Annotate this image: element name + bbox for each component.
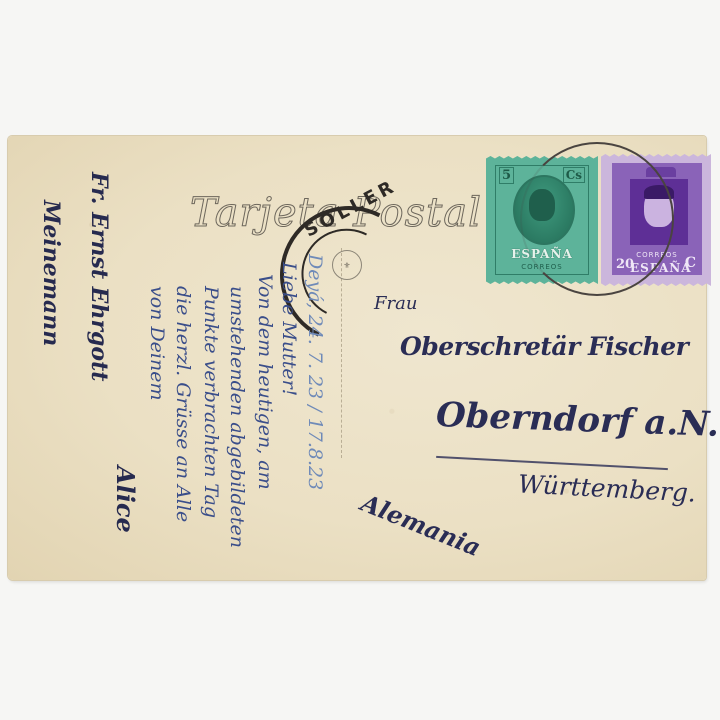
address-region: Württemberg.: [517, 469, 696, 507]
address-underline: [436, 456, 668, 470]
message-line: Punkte verbrachten Tag: [200, 286, 222, 518]
address-town: Oberndorf a.N.: [435, 395, 719, 445]
stamp-value: 5: [499, 167, 514, 184]
message-line: die herzl. Grüsse an Alle: [172, 286, 194, 522]
margin-line: Fr. Ernst Ehrgott: [86, 172, 112, 381]
message-signature: Alice: [111, 466, 140, 533]
address-name: Oberschretär Fischer: [400, 332, 688, 361]
message-line: Liebe Mutter!: [278, 262, 300, 396]
message-date: Deyá, 24. 7. 23 / 17.8.23: [304, 254, 326, 490]
address-country: Alemania: [357, 488, 485, 562]
cancellation-postmark: [520, 142, 674, 296]
message-line: umstehenden abgebildeten: [226, 286, 248, 548]
message-line: von Deinem: [146, 286, 168, 401]
stamp-unit: C: [685, 255, 696, 271]
address-salutation: Frau: [374, 293, 417, 314]
margin-line: Meinemann: [38, 200, 64, 346]
postcard: Tarjeta Postal ⚜ 5 Cs ESPAÑA CORREOS COR…: [8, 136, 706, 580]
message-line: Von dem heutigen, am: [254, 274, 276, 490]
